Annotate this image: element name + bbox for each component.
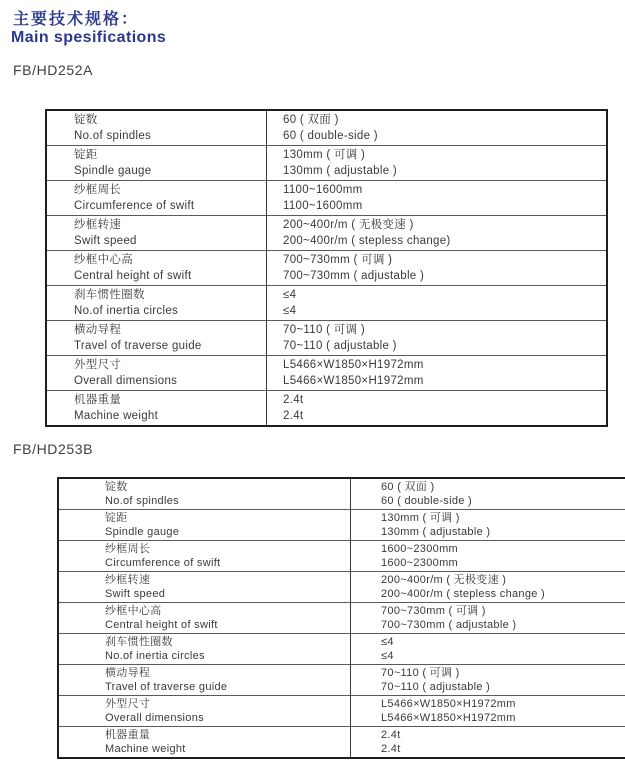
spec-value-chinese: L5466×W1850×H1972mm	[283, 357, 606, 373]
spec-label-cell: 机器重量 Machine weight	[46, 391, 267, 427]
spec-label-english: Overall dimensions	[74, 373, 266, 389]
spec-table-row: 纱框转速 Swift speed 200~400r/m ( 无极变速 ) 200…	[58, 572, 625, 603]
spec-value-english: ≤4	[381, 649, 625, 663]
spec-value-english: 1600~2300mm	[381, 556, 625, 570]
spec-label-cell: 外型尺寸 Overall dimensions	[46, 356, 267, 391]
spec-label-chinese: 锭数	[74, 112, 266, 128]
spec-value-cell: 700~730mm ( 可调 ) 700~730mm ( adjustable …	[351, 603, 625, 634]
spec-table-row: 锭数 No.of spindles 60 ( 双面 ) 60 ( double-…	[58, 478, 625, 510]
page-title-chinese: 主要技术规格：	[13, 6, 139, 29]
spec-value-chinese: 2.4t	[381, 728, 625, 742]
spec-sheet-page: { "page": { "heading_cn": "主要技术规格：", "he…	[0, 0, 625, 776]
spec-table-row: 锭距 Spindle gauge 130mm ( 可调 ) 130mm ( ad…	[58, 510, 625, 541]
spec-table-fbhd253b: 锭数 No.of spindles 60 ( 双面 ) 60 ( double-…	[57, 477, 625, 759]
spec-table-body: 锭数 No.of spindles 60 ( 双面 ) 60 ( double-…	[58, 478, 625, 758]
spec-label-english: No.of spindles	[74, 128, 266, 144]
model-name-fbhd253b: FB/HD253B	[13, 441, 93, 457]
spec-label-chinese: 纱框中心高	[74, 252, 266, 268]
spec-value-chinese: 700~730mm ( 可调 )	[283, 252, 606, 268]
spec-label-chinese: 机器重量	[74, 392, 266, 408]
spec-value-cell: 70~110 ( 可调 ) 70~110 ( adjustable )	[267, 321, 608, 356]
spec-table-row: 纱框转速 Swift speed 200~400r/m ( 无极变速 ) 200…	[46, 216, 607, 251]
spec-label-cell: 锭数 No.of spindles	[46, 110, 267, 146]
spec-table-row: 纱框中心高 Central height of swift 700~730mm …	[58, 603, 625, 634]
spec-value-english: ≤4	[283, 303, 606, 319]
spec-value-cell: 130mm ( 可调 ) 130mm ( adjustable )	[351, 510, 625, 541]
spec-label-english: Spindle gauge	[74, 163, 266, 179]
spec-value-english: 200~400r/m ( stepless change)	[283, 233, 606, 249]
spec-label-english: No.of inertia circles	[74, 303, 266, 319]
spec-value-cell: ≤4 ≤4	[351, 634, 625, 665]
spec-value-chinese: 1600~2300mm	[381, 542, 625, 556]
spec-label-chinese: 刹车惯性圈数	[74, 287, 266, 303]
spec-label-chinese: 纱框周长	[105, 542, 350, 556]
spec-table-row: 纱框周长 Circumference of swift 1100~1600mm …	[46, 181, 607, 216]
spec-value-cell: 200~400r/m ( 无极变速 ) 200~400r/m ( steples…	[267, 216, 608, 251]
spec-value-cell: 60 ( 双面 ) 60 ( double-side )	[267, 110, 608, 146]
spec-label-chinese: 机器重量	[105, 728, 350, 742]
spec-label-cell: 纱框周长 Circumference of swift	[46, 181, 267, 216]
spec-value-english: 130mm ( adjustable )	[381, 525, 625, 539]
spec-label-cell: 刹车惯性圈数 No.of inertia circles	[58, 634, 351, 665]
spec-value-cell: 2.4t 2.4t	[267, 391, 608, 427]
spec-value-english: 70~110 ( adjustable )	[283, 338, 606, 354]
spec-table-row: 机器重量 Machine weight 2.4t 2.4t	[46, 391, 607, 427]
spec-label-english: Circumference of swift	[74, 198, 266, 214]
spec-value-cell: L5466×W1850×H1972mm L5466×W1850×H1972mm	[351, 696, 625, 727]
spec-label-chinese: 外型尺寸	[105, 697, 350, 711]
spec-label-cell: 锭距 Spindle gauge	[46, 146, 267, 181]
spec-label-chinese: 纱框周长	[74, 182, 266, 198]
spec-label-english: Travel of traverse guide	[74, 338, 266, 354]
spec-value-chinese: ≤4	[283, 287, 606, 303]
spec-value-english: 2.4t	[381, 742, 625, 756]
spec-value-chinese: 130mm ( 可调 )	[283, 147, 606, 163]
spec-label-cell: 纱框周长 Circumference of swift	[58, 541, 351, 572]
spec-table-row: 外型尺寸 Overall dimensions L5466×W1850×H197…	[58, 696, 625, 727]
spec-label-english: Overall dimensions	[105, 711, 350, 725]
spec-label-chinese: 横动导程	[105, 666, 350, 680]
spec-label-cell: 纱框转速 Swift speed	[58, 572, 351, 603]
spec-table-fbhd252a: 锭数 No.of spindles 60 ( 双面 ) 60 ( double-…	[45, 109, 608, 427]
spec-label-cell: 横动导程 Travel of traverse guide	[46, 321, 267, 356]
spec-value-english: 60 ( double-side )	[381, 494, 625, 508]
spec-value-cell: 700~730mm ( 可调 ) 700~730mm ( adjustable …	[267, 251, 608, 286]
spec-value-english: 70~110 ( adjustable )	[381, 680, 625, 694]
page-title-english: Main spesifications	[11, 29, 166, 47]
spec-value-english: L5466×W1850×H1972mm	[283, 373, 606, 389]
spec-value-chinese: 200~400r/m ( 无极变速 )	[283, 217, 606, 233]
spec-label-chinese: 纱框转速	[74, 217, 266, 233]
spec-value-cell: 60 ( 双面 ) 60 ( double-side )	[351, 478, 625, 510]
spec-table-row: 机器重量 Machine weight 2.4t 2.4t	[58, 727, 625, 759]
spec-value-english: 200~400r/m ( stepless change )	[381, 587, 625, 601]
spec-value-cell: ≤4 ≤4	[267, 286, 608, 321]
spec-value-english: L5466×W1850×H1972mm	[381, 711, 625, 725]
spec-table-row: 刹车惯性圈数 No.of inertia circles ≤4 ≤4	[46, 286, 607, 321]
spec-label-chinese: 刹车惯性圈数	[105, 635, 350, 649]
spec-table-body: 锭数 No.of spindles 60 ( 双面 ) 60 ( double-…	[46, 110, 607, 426]
spec-value-chinese: 60 ( 双面 )	[381, 480, 625, 494]
spec-label-english: Central height of swift	[105, 618, 350, 632]
spec-label-cell: 纱框转速 Swift speed	[46, 216, 267, 251]
spec-value-chinese: 200~400r/m ( 无极变速 )	[381, 573, 625, 587]
spec-label-english: Spindle gauge	[105, 525, 350, 539]
spec-label-chinese: 锭距	[74, 147, 266, 163]
spec-value-chinese: 700~730mm ( 可调 )	[381, 604, 625, 618]
spec-label-cell: 锭距 Spindle gauge	[58, 510, 351, 541]
spec-label-cell: 纱框中心高 Central height of swift	[46, 251, 267, 286]
spec-label-chinese: 外型尺寸	[74, 357, 266, 373]
spec-table-row: 锭数 No.of spindles 60 ( 双面 ) 60 ( double-…	[46, 110, 607, 146]
spec-table-row: 纱框周长 Circumference of swift 1600~2300mm …	[58, 541, 625, 572]
spec-label-cell: 纱框中心高 Central height of swift	[58, 603, 351, 634]
spec-label-cell: 刹车惯性圈数 No.of inertia circles	[46, 286, 267, 321]
spec-value-chinese: 70~110 ( 可调 )	[381, 666, 625, 680]
spec-label-english: Central height of swift	[74, 268, 266, 284]
spec-label-english: Machine weight	[105, 742, 350, 756]
spec-value-cell: 1100~1600mm 1100~1600mm	[267, 181, 608, 216]
spec-value-chinese: 1100~1600mm	[283, 182, 606, 198]
spec-label-english: Swift speed	[105, 587, 350, 601]
spec-value-english: 700~730mm ( adjustable )	[283, 268, 606, 284]
spec-label-english: Travel of traverse guide	[105, 680, 350, 694]
spec-value-cell: 2.4t 2.4t	[351, 727, 625, 759]
spec-label-english: No.of spindles	[105, 494, 350, 508]
spec-label-chinese: 锭距	[105, 511, 350, 525]
spec-table-row: 横动导程 Travel of traverse guide 70~110 ( 可…	[58, 665, 625, 696]
spec-label-english: No.of inertia circles	[105, 649, 350, 663]
spec-label-cell: 横动导程 Travel of traverse guide	[58, 665, 351, 696]
spec-value-english: 2.4t	[283, 408, 606, 424]
spec-value-cell: 70~110 ( 可调 ) 70~110 ( adjustable )	[351, 665, 625, 696]
spec-value-cell: 1600~2300mm 1600~2300mm	[351, 541, 625, 572]
spec-value-cell: 200~400r/m ( 无极变速 ) 200~400r/m ( steples…	[351, 572, 625, 603]
spec-label-chinese: 锭数	[105, 480, 350, 494]
spec-value-english: 60 ( double-side )	[283, 128, 606, 144]
model-name-fbhd252a: FB/HD252A	[13, 62, 93, 78]
spec-label-chinese: 纱框转速	[105, 573, 350, 587]
spec-table-row: 锭距 Spindle gauge 130mm ( 可调 ) 130mm ( ad…	[46, 146, 607, 181]
spec-table-row: 刹车惯性圈数 No.of inertia circles ≤4 ≤4	[58, 634, 625, 665]
spec-label-cell: 机器重量 Machine weight	[58, 727, 351, 759]
spec-value-chinese: 60 ( 双面 )	[283, 112, 606, 128]
spec-label-english: Circumference of swift	[105, 556, 350, 570]
spec-value-english: 130mm ( adjustable )	[283, 163, 606, 179]
spec-label-chinese: 纱框中心高	[105, 604, 350, 618]
spec-value-cell: L5466×W1850×H1972mm L5466×W1850×H1972mm	[267, 356, 608, 391]
spec-table-row: 外型尺寸 Overall dimensions L5466×W1850×H197…	[46, 356, 607, 391]
spec-value-chinese: 70~110 ( 可调 )	[283, 322, 606, 338]
spec-value-chinese: ≤4	[381, 635, 625, 649]
spec-label-english: Machine weight	[74, 408, 266, 424]
spec-value-cell: 130mm ( 可调 ) 130mm ( adjustable )	[267, 146, 608, 181]
spec-label-cell: 锭数 No.of spindles	[58, 478, 351, 510]
spec-table-row: 横动导程 Travel of traverse guide 70~110 ( 可…	[46, 321, 607, 356]
spec-value-english: 700~730mm ( adjustable )	[381, 618, 625, 632]
spec-label-english: Swift speed	[74, 233, 266, 249]
spec-table-row: 纱框中心高 Central height of swift 700~730mm …	[46, 251, 607, 286]
spec-value-chinese: 130mm ( 可调 )	[381, 511, 625, 525]
spec-value-english: 1100~1600mm	[283, 198, 606, 214]
spec-value-chinese: L5466×W1850×H1972mm	[381, 697, 625, 711]
spec-label-chinese: 横动导程	[74, 322, 266, 338]
spec-value-chinese: 2.4t	[283, 392, 606, 408]
spec-label-cell: 外型尺寸 Overall dimensions	[58, 696, 351, 727]
